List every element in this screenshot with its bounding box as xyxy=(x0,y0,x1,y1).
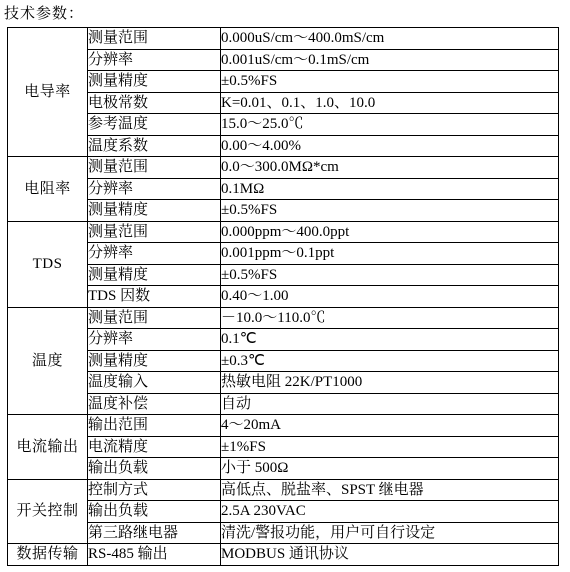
table-row: 分辨率0.1MΩ xyxy=(8,178,559,200)
value-cell: －10.0～110.0℃ xyxy=(221,307,559,329)
table-row: 参考温度15.0～25.0℃ xyxy=(8,114,559,136)
value-cell: 2.5A 230VAC xyxy=(221,501,559,523)
parameter-cell: 分辨率 xyxy=(88,329,221,351)
table-row: TDS测量范围0.000ppm～400.0ppt xyxy=(8,221,559,243)
parameter-cell: 电流精度 xyxy=(88,436,221,458)
table-row: 第三路继电器清洗/警报功能，用户可自行设定 xyxy=(8,522,559,544)
table-row: 温度系数0.00～4.00% xyxy=(8,135,559,157)
table-row: 分辨率0.001ppm～0.1ppt xyxy=(8,243,559,265)
parameter-cell: TDS 因数 xyxy=(88,286,221,308)
value-cell: 0.001uS/cm～0.1mS/cm xyxy=(221,49,559,71)
value-cell: 0.00～4.00% xyxy=(221,135,559,157)
value-cell: 0.001ppm～0.1ppt xyxy=(221,243,559,265)
table-row: 输出负载小于 500Ω xyxy=(8,458,559,480)
value-cell: 0.000ppm～400.0ppt xyxy=(221,221,559,243)
table-row: 数据传输RS-485 输出MODBUS 通讯协议 xyxy=(8,544,559,566)
table-row: 电导率测量范围0.000uS/cm～400.0mS/cm xyxy=(8,28,559,50)
category-cell: 数据传输 xyxy=(8,544,88,566)
category-cell: 开关控制 xyxy=(8,479,88,544)
table-row: 温度输入热敏电阻 22K/PT1000 xyxy=(8,372,559,394)
parameter-cell: RS-485 输出 xyxy=(88,544,221,566)
parameter-cell: 测量范围 xyxy=(88,157,221,179)
parameter-cell: 测量精度 xyxy=(88,71,221,93)
table-row: 分辨率0.001uS/cm～0.1mS/cm xyxy=(8,49,559,71)
parameter-cell: 温度系数 xyxy=(88,135,221,157)
parameter-cell: 测量精度 xyxy=(88,350,221,372)
parameter-cell: 输出负载 xyxy=(88,458,221,480)
spec-page: 技术参数： 电导率测量范围0.000uS/cm～400.0mS/cm分辨率0.0… xyxy=(0,0,570,566)
value-cell: 4～20mA xyxy=(221,415,559,437)
value-cell: ±0.5%FS xyxy=(221,71,559,93)
table-row: 电极常数K=0.01、0.1、1.0、10.0 xyxy=(8,92,559,114)
value-cell: K=0.01、0.1、1.0、10.0 xyxy=(221,92,559,114)
table-row: 电阻率测量范围0.0～300.0MΩ*cm xyxy=(8,157,559,179)
spec-table: 电导率测量范围0.000uS/cm～400.0mS/cm分辨率0.001uS/c… xyxy=(7,27,559,566)
value-cell: 自动 xyxy=(221,393,559,415)
parameter-cell: 输出范围 xyxy=(88,415,221,437)
parameter-cell: 测量精度 xyxy=(88,200,221,222)
table-row: 电流输出输出范围4～20mA xyxy=(8,415,559,437)
value-cell: 0.40～1.00 xyxy=(221,286,559,308)
value-cell: 0.1℃ xyxy=(221,329,559,351)
table-row: 输出负载2.5A 230VAC xyxy=(8,501,559,523)
parameter-cell: 控制方式 xyxy=(88,479,221,501)
value-cell: 15.0～25.0℃ xyxy=(221,114,559,136)
parameter-cell: 测量范围 xyxy=(88,221,221,243)
value-cell: 0.1MΩ xyxy=(221,178,559,200)
page-title: 技术参数： xyxy=(4,3,570,27)
table-row: 测量精度±0.3℃ xyxy=(8,350,559,372)
value-cell: MODBUS 通讯协议 xyxy=(221,544,559,566)
table-row: 温度测量范围－10.0～110.0℃ xyxy=(8,307,559,329)
category-cell: 电导率 xyxy=(8,28,88,157)
table-row: 分辨率0.1℃ xyxy=(8,329,559,351)
table-row: 测量精度±0.5%FS xyxy=(8,264,559,286)
parameter-cell: 温度输入 xyxy=(88,372,221,394)
parameter-cell: 温度补偿 xyxy=(88,393,221,415)
parameter-cell: 电极常数 xyxy=(88,92,221,114)
parameter-cell: 分辨率 xyxy=(88,49,221,71)
value-cell: ±0.5%FS xyxy=(221,264,559,286)
parameter-cell: 参考温度 xyxy=(88,114,221,136)
parameter-cell: 测量范围 xyxy=(88,307,221,329)
table-row: 开关控制控制方式高低点、脱盐率、SPST 继电器 xyxy=(8,479,559,501)
table-row: 测量精度±0.5%FS xyxy=(8,71,559,93)
value-cell: 0.0～300.0MΩ*cm xyxy=(221,157,559,179)
category-cell: 电流输出 xyxy=(8,415,88,480)
parameter-cell: 测量范围 xyxy=(88,28,221,50)
parameter-cell: 分辨率 xyxy=(88,178,221,200)
value-cell: 小于 500Ω xyxy=(221,458,559,480)
value-cell: ±0.5%FS xyxy=(221,200,559,222)
parameter-cell: 分辨率 xyxy=(88,243,221,265)
table-row: 温度补偿自动 xyxy=(8,393,559,415)
table-row: TDS 因数0.40～1.00 xyxy=(8,286,559,308)
value-cell: ±0.3℃ xyxy=(221,350,559,372)
category-cell: 电阻率 xyxy=(8,157,88,222)
table-row: 电流精度±1%FS xyxy=(8,436,559,458)
parameter-cell: 测量精度 xyxy=(88,264,221,286)
parameter-cell: 输出负载 xyxy=(88,501,221,523)
category-cell: TDS xyxy=(8,221,88,307)
spec-table-body: 电导率测量范围0.000uS/cm～400.0mS/cm分辨率0.001uS/c… xyxy=(8,28,559,566)
value-cell: 热敏电阻 22K/PT1000 xyxy=(221,372,559,394)
value-cell: 清洗/警报功能，用户可自行设定 xyxy=(221,522,559,544)
value-cell: ±1%FS xyxy=(221,436,559,458)
value-cell: 高低点、脱盐率、SPST 继电器 xyxy=(221,479,559,501)
parameter-cell: 第三路继电器 xyxy=(88,522,221,544)
table-row: 测量精度±0.5%FS xyxy=(8,200,559,222)
value-cell: 0.000uS/cm～400.0mS/cm xyxy=(221,28,559,50)
category-cell: 温度 xyxy=(8,307,88,415)
